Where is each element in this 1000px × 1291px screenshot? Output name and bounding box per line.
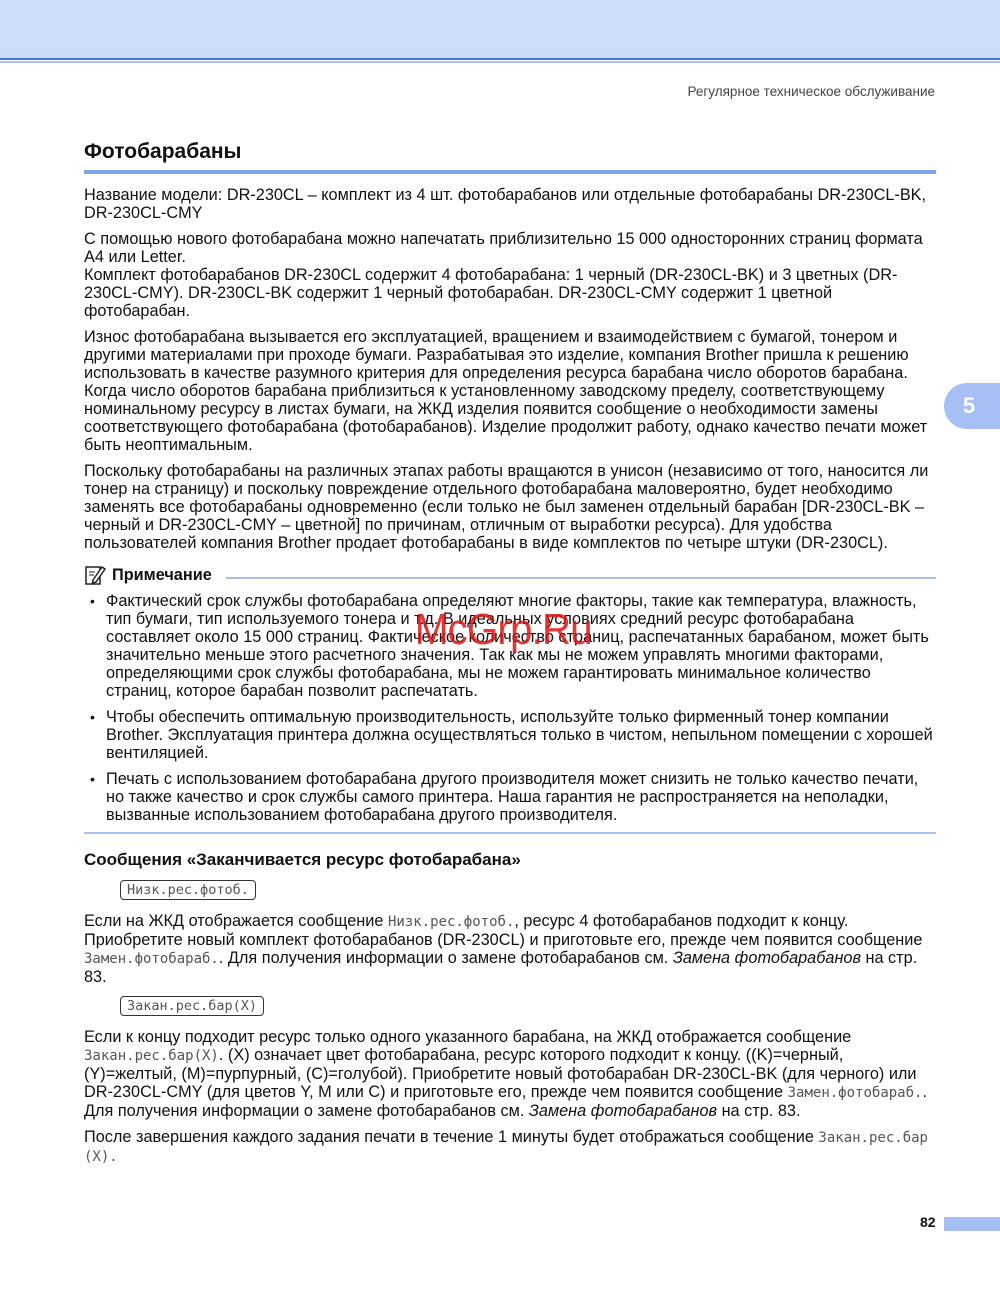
paragraph-drum-end: Если к концу подходит ресурс только одно… [84,1028,936,1120]
paragraph-after-print: После завершения каждого задания печати … [84,1128,936,1166]
note-item: Фактический срок службы фотобарабана опр… [84,592,936,700]
pencil-note-icon [84,564,106,586]
paragraph-kit: Комплект фотобарабанов DR-230CL содержит… [84,266,936,320]
paragraph-yield: С помощью нового фотобарабана можно напе… [84,230,936,266]
note-header: Примечание [84,564,936,586]
top-band [0,0,1000,60]
lcd-message-low-drum: Низк.рес.фотоб. [120,880,256,900]
page-content: Фотобарабаны Название модели: DR-230CL –… [84,140,936,1166]
chapter-tab[interactable]: 5 [944,383,1000,429]
running-header: Регулярное техническое обслуживание [687,84,935,99]
page-number: 82 [920,1214,936,1230]
paragraph-model: Название модели: DR-230CL – комплект из … [84,186,936,222]
lcd-message-drum-end: Закан.рес.бар(X) [120,996,264,1016]
section-title: Фотобарабаны [84,140,936,174]
paragraph-low-drum: Если на ЖКД отображается сообщение Низк.… [84,912,936,986]
page-number-bar [944,1217,1000,1231]
paragraph-wear: Износ фотобарабана вызывается его эксплу… [84,328,936,454]
paragraph-replace: Поскольку фотобарабаны на различных этап… [84,462,936,552]
note-item: Чтобы обеспечить оптимальную производите… [84,708,936,762]
lcd-inline: Низк.рес.фотоб. [388,914,514,930]
note-divider [226,577,936,579]
note-end-divider [84,832,936,834]
cross-reference-link[interactable]: Замена фотобарабанов [529,1102,717,1120]
lcd-inline: Закан.рес.бар(X) [84,1048,219,1064]
lcd-inline: Замен.фотобараб. [84,951,219,967]
note-title: Примечание [112,566,212,585]
cross-reference-link[interactable]: Замена фотобарабанов [673,949,861,967]
note-list: Фактический срок службы фотобарабана опр… [84,592,936,824]
lcd-inline: Замен.фотобараб. [788,1085,923,1101]
subsection-title: Сообщения «Заканчивается ресурс фотобара… [84,850,936,870]
note-item: Печать с использованием фотобарабана дру… [84,770,936,824]
